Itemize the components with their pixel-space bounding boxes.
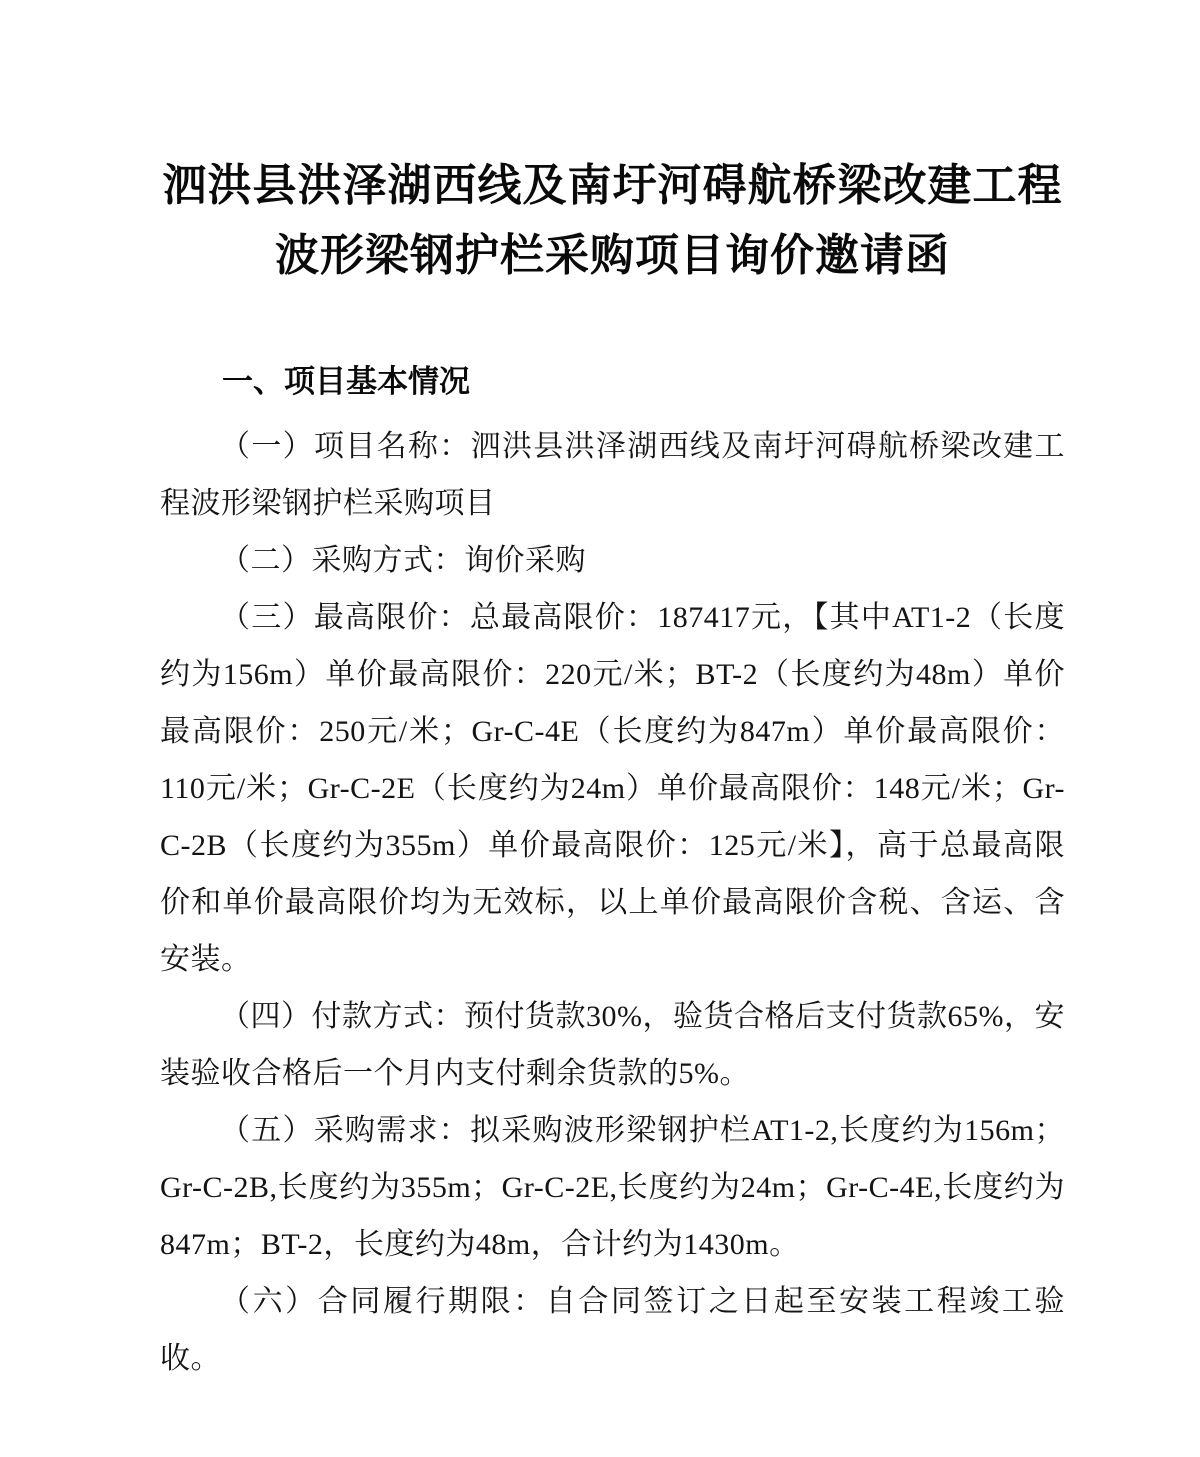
paragraph-procurement-demand: （五）采购需求：拟采购波形梁钢护栏AT1-2,长度约为156m；Gr-C-2B,…: [160, 1102, 1065, 1273]
paragraph-contract-period: （六）合同履行期限：自合同签订之日起至安装工程竣工验收。: [160, 1273, 1065, 1387]
document-title-line-2: 波形梁钢护栏采购项目询价邀请函: [160, 221, 1065, 291]
paragraph-project-name: （一）项目名称：泗洪县洪泽湖西线及南圩河碍航桥梁改建工程波形梁钢护栏采购项目: [160, 418, 1065, 532]
section-heading-project-basics: 一、项目基本情况: [160, 359, 1065, 404]
document-page: 泗洪县洪泽湖西线及南圩河碍航桥梁改建工程 波形梁钢护栏采购项目询价邀请函 一、项…: [0, 0, 1200, 1457]
paragraph-payment-terms: （四）付款方式：预付货款30%，验货合格后支付货款65%，安装验收合格后一个月内…: [160, 988, 1065, 1102]
document-title: 泗洪县洪泽湖西线及南圩河碍航桥梁改建工程 波形梁钢护栏采购项目询价邀请函: [160, 151, 1065, 291]
document-title-line-1: 泗洪县洪泽湖西线及南圩河碍航桥梁改建工程: [160, 151, 1065, 221]
paragraph-max-price-limits: （三）最高限价：总最高限价：187417元，【其中AT1-2（长度约为156m）…: [160, 589, 1065, 988]
paragraph-procurement-method: （二）采购方式：询价采购: [160, 532, 1065, 589]
